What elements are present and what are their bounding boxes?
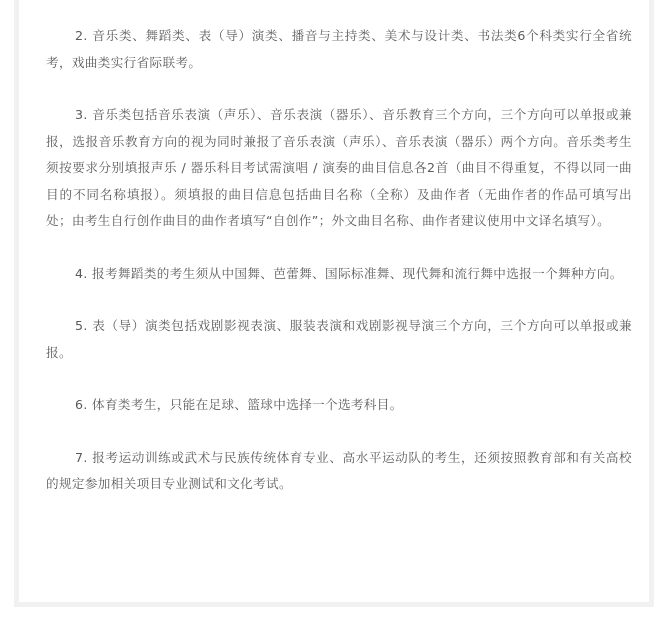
paragraph-5: 5. 表（导）演类包括戏剧影视表演、服装表演和戏剧影视导演三个方向，三个方向可以… <box>46 313 632 366</box>
paragraph-4: 4. 报考舞蹈类的考生须从中国舞、芭蕾舞、国际标准舞、现代舞和流行舞中选报一个舞… <box>46 261 632 288</box>
paragraph-3: 3. 音乐类包括音乐表演（声乐）、音乐表演（器乐）、音乐教育三个方向，三个方向可… <box>46 102 632 235</box>
article-content: 2. 音乐类、舞蹈类、表（导）演类、播音与主持类、美术与设计类、书法类6个科类实… <box>46 23 632 524</box>
paragraph-2: 2. 音乐类、舞蹈类、表（导）演类、播音与主持类、美术与设计类、书法类6个科类实… <box>46 23 632 76</box>
paragraph-6: 6. 体育类考生，只能在足球、篮球中选择一个选考科目。 <box>46 392 632 419</box>
article-card: 2. 音乐类、舞蹈类、表（导）演类、播音与主持类、美术与设计类、书法类6个科类实… <box>14 0 654 607</box>
paragraph-7: 7. 报考运动训练或武术与民族传统体育专业、高水平运动队的考生，还须按照教育部和… <box>46 445 632 498</box>
